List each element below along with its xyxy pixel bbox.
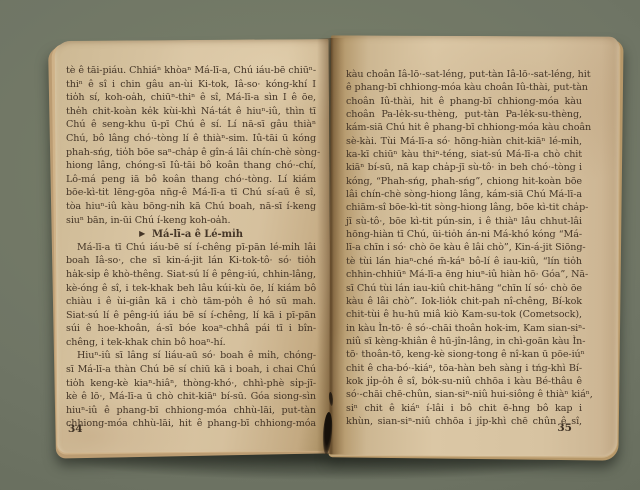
text-line: chêng, i tek-khak chin bô hoaⁿ-hí.: [66, 336, 316, 350]
text-line: choân Pa-le̍k-su-thèng, put-tàn Pa-le̍k-…: [346, 108, 582, 121]
text-line: kiāⁿ bí-sū, nā kap cha̍p-jī sù-tô· in be…: [346, 161, 582, 174]
text-line: chhiong-móa chhù-lāi, hit ê phang-bī chh…: [66, 417, 316, 431]
text-line: tio̍h keng-kè kiaⁿ-hiâⁿ, thòng-khó·, chh…: [66, 377, 316, 391]
text-line: tō· thoân-tō, keng-kè siong-tong ê nî-ka…: [346, 348, 582, 361]
text-line: tè tùi lán hiaⁿ-ché m̄-káⁿ bô-lí ê iau-k…: [346, 255, 582, 268]
text-line: Siat-sú lí ê pêng-iú iáu bē sí í-chêng, …: [66, 309, 316, 323]
text-line: Hiuⁿ-iû sī lâng sí liáu-aū só· boah ê mi…: [66, 349, 316, 363]
text-line: siuⁿ bān, in-ūi Chú í-keng koh-oa̍h.: [66, 214, 316, 228]
text-line: chhin-chhiūⁿ Má-lī-a ēng hiuⁿ-iû hiàn hō…: [346, 268, 582, 281]
text-line: kám-siā Chú hit ê phang-bī chhiong-móa k…: [346, 121, 582, 134]
text-line: siⁿ chit ê kiáⁿ í-lâi i bô chit ē-hng bô…: [346, 402, 582, 415]
text-line: ê phang-bī chhiong-móa kàu choân Iû-thài…: [346, 81, 582, 94]
text-line: hiuⁿ-iû ê phang-bī chhiong-móa chhù-lāi,…: [66, 404, 316, 418]
text-line: boah Iâ-so·, che sī kin-á-jit lán Ki-tok…: [66, 254, 316, 268]
text-line: kàu ê lâi chò”. Iok-lio̍k chit-pah nî-ch…: [346, 295, 582, 308]
text-line: kóng, “Phah-sńg, phah-sńg”, chiong hit-k…: [346, 175, 582, 188]
text-line: ka-kī chiūⁿ kàu thiⁿ-téng, siat-sú Má-lī…: [346, 148, 582, 161]
text-line: the̍h chit-koàn ke̍k kùi-khì Ná-tát ê hi…: [66, 105, 316, 119]
text-line: lī-a chīn i só· chò ōe kàu ê lâi chò”, K…: [346, 241, 582, 254]
text-line: sī Chú tùi lán iau-kiû chit-hāng “chīn l…: [346, 282, 582, 295]
text-line: chiām-sî bōe-kì-tit sòng-hiong lâng, bōe…: [346, 201, 582, 214]
text-line: jī sù-tô·, bōe kì-tit pún-sin, i ê thiàⁿ…: [346, 215, 582, 228]
text-line: thiⁿ ê sî i chin gâu an-ùi Ki-tok, Iâ-so…: [66, 78, 316, 92]
text-line: súi ê hoe-khoân, á-sī bóe koaⁿ-chhâ pái …: [66, 322, 316, 336]
text-line: kàu choân Iâ-lō·-sat-léng, put-tàn Iâ-lō…: [346, 68, 582, 81]
text-line: chit ê cha-bó·-kiáⁿ, tōa-hàn beh sàng i …: [346, 362, 582, 375]
text-line: niû sī kèng-khiân ê hū-jîn-lâng, in chì-…: [346, 335, 582, 348]
text-line: Lô-má peng iā bô koân thang chó·-tòng. L…: [66, 173, 316, 187]
text-line: bōe-kì-tit lēng-gōa nn̄g-ê Má-lī-a tī Ch…: [66, 186, 316, 200]
text-line: tè ê tāi-piáu. Chhiáⁿ khòaⁿ Má-lī-a, Chú…: [66, 64, 316, 78]
text-line: kè ê lō·, Má-lī-a ū chò chit-kiāⁿ bí-sū.…: [66, 390, 316, 404]
text-line: Chú ê seng-khu ū-pī Chú ê sí. Lí nā-sī g…: [66, 118, 316, 132]
text-line: choân Iû-thài, hit ê phang-bī chhiong-mó…: [346, 95, 582, 108]
left-page-text: tè ê tāi-piáu. Chhiáⁿ khòaⁿ Má-lī-a, Chú…: [66, 64, 316, 431]
text-line: tio̍h sí, koh-oa̍h, chiūⁿ-thiⁿ ê sî, Má-…: [66, 91, 316, 105]
text-line: phah-sńg, tio̍h bōe saⁿ-cha̍p ê gîn-á lâ…: [66, 146, 316, 160]
text-line: hōng-hiàn tī Chú, ūi-tio̍h án-ni Má-khó …: [346, 228, 582, 241]
text-line: ha̍k-si̍p ê khò-thêng. Siat-sú lí ê pêng…: [66, 268, 316, 282]
right-page-text: kàu choân Iâ-lō·-sat-léng, put-tàn Iâ-lō…: [346, 68, 582, 428]
text-line: chit-tùi ê hu-hū miâ kiò Kam-su-tok (Com…: [346, 308, 582, 321]
text-line: Chú, bô lâng chó·-tòng lí ê thiàⁿ-sim. I…: [66, 132, 316, 146]
section-heading: ▶ Má-lī-a ê Lé-mi̍h: [66, 227, 316, 241]
text-line: sī Má-lī-a thàn Chú bē sí chiū kā i boah…: [66, 363, 316, 377]
text-line: in kàu Ìn-tō· ê só·-chāi thoân hok-im, K…: [346, 322, 582, 335]
text-line: kè-óng ê sî, i tek-khak beh lâu kúi-kù ō…: [66, 282, 316, 296]
page-number-left: 34: [68, 423, 83, 435]
text-line: lâi chín-chè sòng-hiong lâng, kám-siā Ch…: [346, 188, 582, 201]
text-line: kok ji̍p-o̍h ê sî, bo̍k-su-niû chhōa i k…: [346, 375, 582, 388]
text-line: chiàu i ê ùi-giân kā i chò tām-po̍h ê hó…: [66, 295, 316, 309]
text-line: hiong lâng, chóng-sī Iû-tāi bô koân than…: [66, 159, 316, 173]
triangle-marker-icon: ▶: [139, 228, 152, 238]
text-line: tòa hiuⁿ-iû kàu bōng-ni̍h kā Chú boah, n…: [66, 200, 316, 214]
page-number-right: 35: [346, 422, 572, 434]
text-line: só·-chāi chē-chûn, sian-siⁿ-niû hui-siôn…: [346, 388, 582, 401]
text-line: sè-kài. Tùi Má-lī-a só· hōng-hiàn chit-k…: [346, 135, 582, 148]
text-line: Má-lī-a tī Chú iáu-bē sí í-chêng pī-pān …: [66, 241, 316, 255]
